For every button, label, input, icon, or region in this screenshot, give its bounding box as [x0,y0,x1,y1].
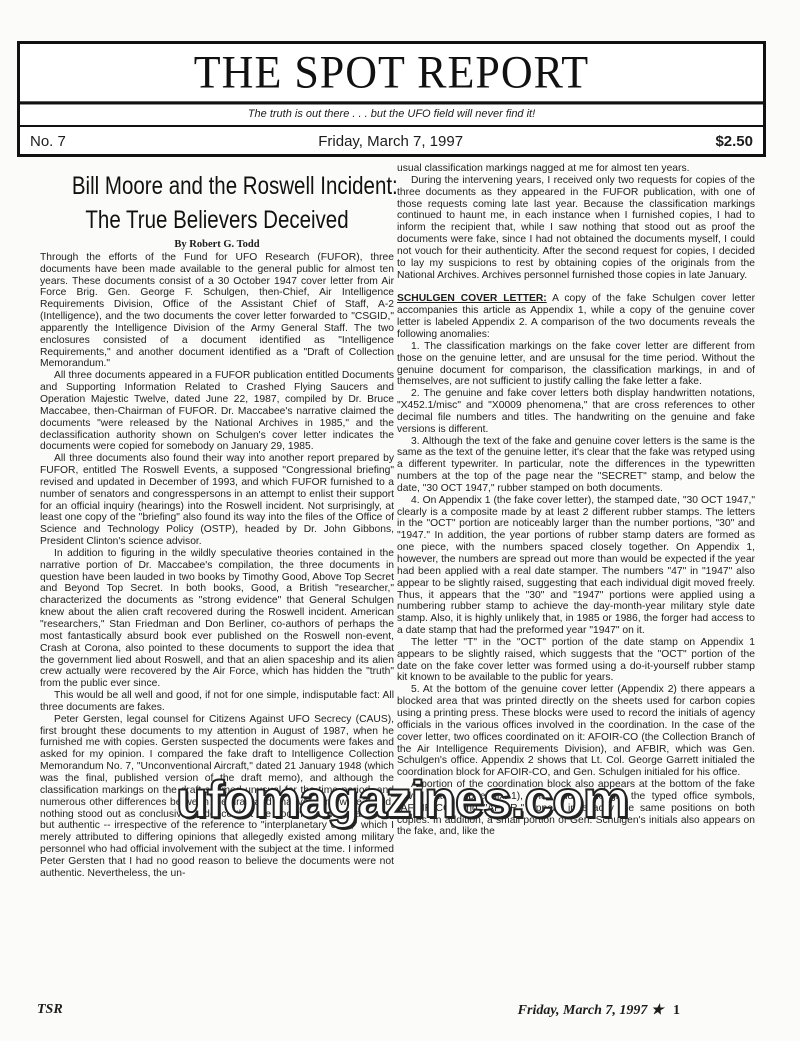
section-spacer [397,281,755,293]
tagline: The truth is out there . . . but the UFO… [20,103,763,127]
footer-publication-abbrev: TSR [37,1002,63,1018]
publication-title: THE SPOT REPORT [20,43,763,105]
issue-date: Friday, March 7, 1997 [318,133,463,150]
section-heading: SCHULGEN COVER LETTER: [397,293,547,304]
paragraph: Through the efforts of the Fund for UFO … [40,252,394,370]
anomaly-item: 5. At the bottom of the genuine cover le… [397,684,755,779]
issue-info-bar: No. 7 Friday, March 7, 1997 $2.50 [20,127,763,155]
article-headline-line2: The True Believers Deceived [72,205,362,235]
paragraph: During the intervening years, I received… [397,175,755,282]
paragraph: This would be all well and good, if not … [40,690,394,714]
anomaly-item: 4. On Appendix 1 (the fake cover letter)… [397,495,755,637]
paragraph: All three documents appeared in a FUFOR … [40,370,394,453]
masthead: THE SPOT REPORT The truth is out there .… [17,41,766,157]
page-number: 1 [673,1003,680,1018]
paragraph: All three documents also found their way… [40,453,394,548]
anomaly-item: The letter "T" in the "OCT" portion of t… [397,637,755,684]
star-icon: ★ [651,1003,664,1018]
anomaly-item: 2. The genuine and fake cover letters bo… [397,388,755,435]
article-column-right: usual classification markings nagged at … [397,163,755,838]
paragraph: In addition to figuring in the wildly sp… [40,548,394,690]
article-headline-line1: Bill Moore and the Roswell Incident: [72,171,362,201]
footer-date-page: Friday, March 7, 1997 ★ 1 [518,1002,680,1019]
article-byline: By Robert G. Todd [40,239,394,251]
section-intro-paragraph: SCHULGEN COVER LETTER: A copy of the fak… [397,293,755,340]
anomaly-item: 3. Although the text of the fake and gen… [397,436,755,495]
footer-date: Friday, March 7, 1997 [518,1003,648,1018]
issue-number: No. 7 [30,133,66,150]
watermark: ufomagazines.com [176,774,628,826]
paragraph: usual classification markings nagged at … [397,163,755,175]
anomaly-item: 1. The classification markings on the fa… [397,341,755,388]
issue-price: $2.50 [715,133,753,150]
